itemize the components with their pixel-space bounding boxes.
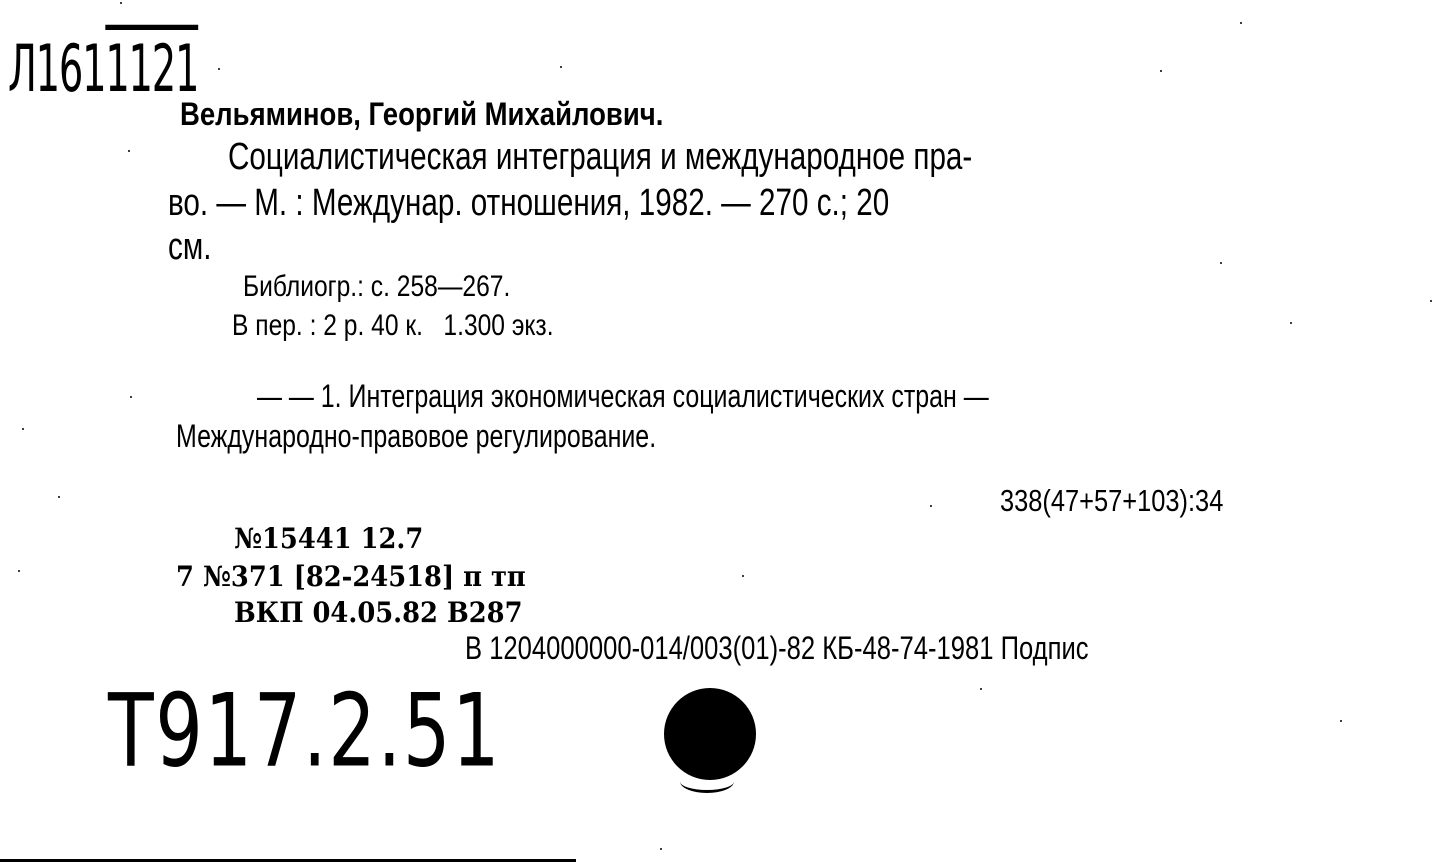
shelf-mark-top: Л1611121	[8, 30, 198, 107]
subject-heading-line: — — 1. Интеграция экономическая социалис…	[257, 378, 989, 415]
speck	[128, 150, 130, 152]
author-heading: Вельяминов, Георгий Михайлович.	[180, 96, 663, 133]
speck	[22, 428, 24, 430]
shelf-mark-prefix: Л161	[8, 30, 105, 107]
speck	[130, 396, 132, 398]
speck	[58, 496, 60, 498]
speck	[1220, 262, 1222, 264]
title-line: Социалистическая интеграция и международ…	[228, 136, 972, 179]
speck	[1160, 70, 1162, 72]
speck	[218, 68, 220, 70]
technical-line: ВКП 04.05.82 В287	[234, 596, 522, 629]
shelf-mark-bottom: Т917.2.51	[108, 672, 501, 790]
speck	[18, 570, 20, 572]
speck	[1430, 300, 1432, 302]
title-line: см.	[168, 226, 211, 269]
title-line: во. — М. : Междунар. отношения, 1982. — …	[168, 182, 889, 225]
speck	[930, 505, 932, 507]
technical-line: 7 №371 [82-24518] п тп	[176, 560, 526, 593]
price-note: В пер. : 2 р. 40 к. 1.300 экз.	[232, 309, 554, 343]
publication-code-line: В 1204000000-014/003(01)-82 КБ-48-74-198…	[465, 630, 1089, 667]
speck	[1290, 322, 1292, 324]
classification-code: 338(47+57+103):34	[1000, 483, 1223, 519]
speck	[742, 575, 744, 577]
speck	[1240, 22, 1242, 24]
punch-hole-shadow	[680, 770, 734, 793]
catalog-card: Л1611121 Вельяминов, Георгий Михайлович.…	[0, 0, 1434, 866]
technical-line: №15441 12.7	[234, 522, 423, 555]
subject-heading-line: Международно-правовое регулирование.	[176, 418, 656, 455]
bibliography-note: Библиогр.: с. 258—267.	[243, 270, 510, 304]
speck	[660, 848, 662, 850]
speck	[980, 688, 982, 690]
speck	[1340, 720, 1342, 722]
punch-hole	[664, 688, 756, 780]
speck	[560, 66, 562, 68]
speck	[120, 2, 122, 4]
bottom-rule	[0, 859, 576, 862]
